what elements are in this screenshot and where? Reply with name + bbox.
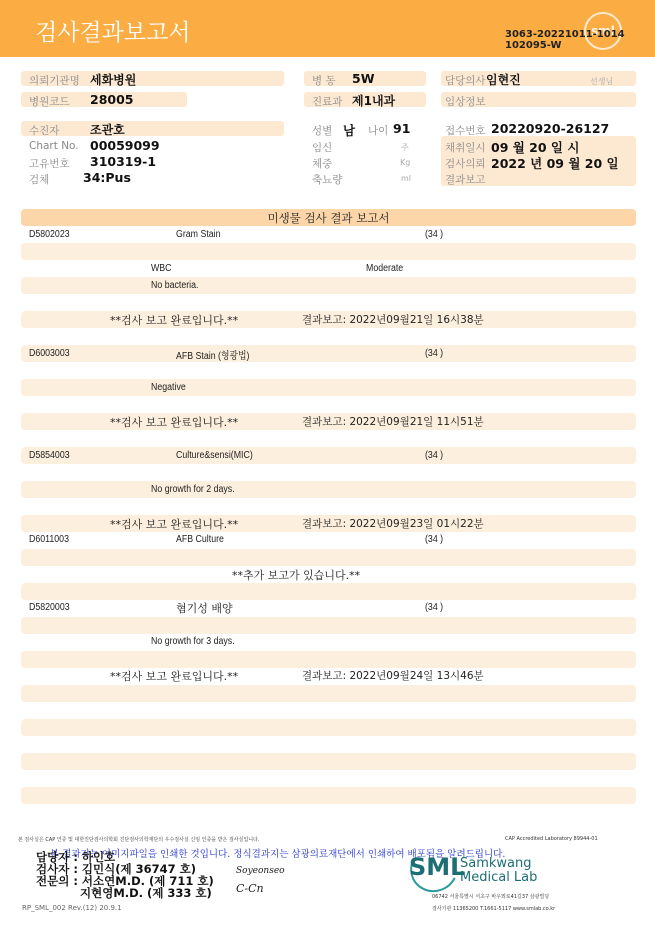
signature-1: Soyeonseo (236, 866, 285, 876)
test-name: AFB Culture (176, 534, 224, 545)
section-title: 미생물 검사 결과 보고서 (21, 210, 636, 226)
report-time: 결과보고: 2022년09월24일 13시46분 (302, 668, 484, 683)
row-stripe (21, 583, 636, 600)
result-item: No growth for 2 days. (151, 484, 235, 495)
hospital-code-value: 28005 (90, 92, 134, 107)
lab-registration: 검사기관 11365200 T.1661-5117 www.smlab.co.k… (432, 905, 555, 912)
report-time: 결과보고: 2022년09월21일 16시38분 (302, 312, 484, 327)
receipt-value: 20220920-26127 (491, 121, 609, 136)
row-stripe (21, 719, 636, 736)
document-id: 3063-20221011-1014 102095-W (505, 29, 625, 51)
urine-label: 축뇨량 (312, 172, 342, 187)
sml-logo: SML (409, 853, 465, 881)
result-item: Negative (151, 382, 186, 393)
pregnancy-unit: 주 (401, 142, 409, 153)
report-time: 결과보고: 2022년09월21일 11시51분 (302, 414, 484, 429)
row-stripe (21, 277, 636, 294)
complete-message: **검사 보고 완료입니다.** (110, 668, 238, 684)
age-label: 나이 (368, 123, 388, 138)
row-stripe (21, 651, 636, 668)
age-value: 91 (393, 121, 410, 136)
result-value: Moderate (366, 263, 403, 274)
doctor-value: 임현진 (486, 71, 521, 88)
patient-label: 수진자 (29, 123, 59, 138)
department-value: 제1내과 (352, 92, 395, 109)
row-stripe (21, 243, 636, 260)
pregnancy-label: 임신 (312, 140, 332, 155)
patient-value: 조관호 (90, 121, 125, 138)
weight-label: 체중 (312, 156, 332, 171)
result-item: No growth for 3 days. (151, 636, 235, 647)
result-item: WBC (151, 263, 172, 274)
specimen-label: 검체 (29, 172, 49, 187)
report-date-label: 결과보고 (445, 172, 486, 187)
institution-value: 세화병원 (90, 71, 136, 88)
test-specimen: (34 ) (425, 534, 443, 545)
test-code: D6003003 (29, 348, 70, 359)
sex-label: 성별 (312, 123, 332, 138)
row-stripe (21, 685, 636, 702)
complete-message: **검사 보고 완료입니다.** (110, 516, 238, 532)
report-header: 검사결과보고서 sml 3063-20221011-1014 102095-W (0, 0, 655, 57)
revision-code: RP_SML_002 Rev.(12) 20.9.1 (22, 904, 122, 912)
sex-value: 남 (343, 121, 355, 139)
row-stripe (21, 617, 636, 634)
test-specimen: (34 ) (425, 348, 443, 359)
test-code: D5820003 (29, 602, 70, 613)
weight-unit: Kg (400, 158, 410, 167)
patient-bar (21, 121, 284, 136)
collection-label: 채취일시 (445, 140, 486, 155)
unique-no-label: 고유번호 (29, 156, 70, 171)
doctor-label: 담당의사 (445, 73, 486, 88)
doctor-suffix: 선생님 (590, 76, 613, 87)
department-label: 진료과 (312, 94, 342, 109)
row-stripe (21, 481, 636, 498)
row-stripe (21, 345, 636, 362)
row-stripe (21, 447, 636, 464)
test-name: 혐기성 배양 (176, 600, 233, 616)
test-code: D5854003 (29, 450, 70, 461)
ward-value: 5W (352, 71, 375, 86)
test-name: Culture&sensi(MIC) (176, 450, 253, 461)
complete-message: **검사 보고 완료입니다.** (110, 312, 238, 328)
specimen-value: 34:Pus (83, 170, 131, 185)
ward-label: 병 동 (312, 73, 336, 88)
complete-message: **검사 보고 완료입니다.** (110, 414, 238, 430)
clinical-info-label: 임상정보 (445, 94, 486, 109)
row-stripe (21, 549, 636, 566)
additional-report-notice: **추가 보고가 있습니다.** (232, 567, 360, 583)
test-name: AFB Stain (형광법) (176, 347, 249, 362)
specialist-2: 지현영M.D. (제 333 호) (80, 887, 212, 899)
request-value: 2022 년 09 월 20 일 (491, 154, 619, 172)
row-stripe (21, 753, 636, 770)
lab-name: Samkwang Medical Lab (460, 857, 537, 885)
report-title: 검사결과보고서 (35, 14, 191, 47)
test-code: D6011003 (29, 534, 69, 545)
unique-no-value: 310319-1 (90, 154, 156, 169)
report-time: 결과보고: 2022년09월23일 01시22분 (302, 516, 484, 531)
test-name: Gram Stain (176, 229, 221, 240)
urine-unit: ml (401, 174, 411, 183)
chart-label: Chart No. (29, 140, 79, 152)
test-specimen: (34 ) (425, 229, 443, 240)
test-code: D5802023 (29, 229, 70, 240)
result-item: No bacteria. (151, 280, 198, 291)
request-label: 검사의뢰 (445, 156, 486, 171)
signature-2: C-Cn (236, 882, 264, 895)
cap-accreditation: CAP Accredited Laboratory 89944-01 (505, 836, 598, 842)
hospital-code-label: 병원코드 (29, 94, 70, 109)
accreditation-fine-print: 본 검사실은 CAP 인증 및 대한진단검사의학회 진단검사의학재단의 우수검사… (18, 836, 260, 843)
test-specimen: (34 ) (425, 450, 443, 461)
test-specimen: (34 ) (425, 602, 443, 613)
row-stripe (21, 787, 636, 804)
lab-address: 06742 서울특별시 서초구 바우뫼로41길37 삼광빌딩 (432, 893, 549, 900)
row-stripe (21, 379, 636, 396)
chart-value: 00059099 (90, 138, 160, 153)
institution-label: 의뢰기관명 (29, 73, 80, 88)
